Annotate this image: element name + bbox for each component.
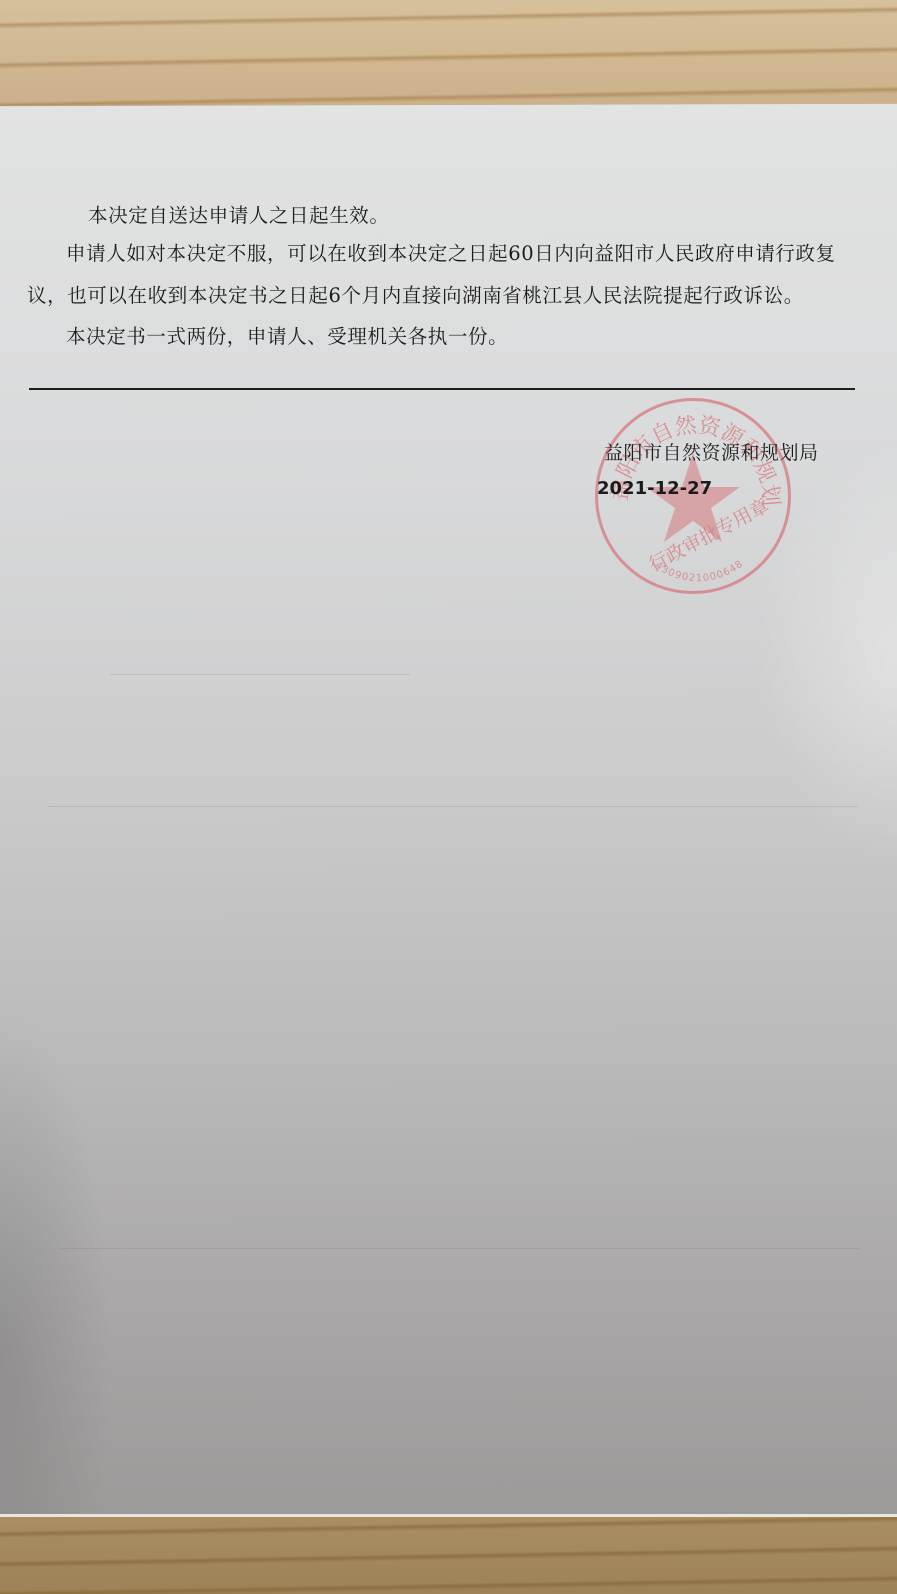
signature-date: 2021-12-27: [597, 478, 712, 499]
paragraph-appeal-line2: 议，也可以在收到本决定书之日起6个月内直接向湖南省桃江县人民法院提起行政诉讼。: [27, 286, 804, 306]
divider-line: [29, 388, 855, 390]
wood-table-top: [0, 0, 897, 110]
paragraph-effective: 本决定自送达申请人之日起生效。: [88, 206, 390, 226]
paragraph-copies: 本决定书一式两份，申请人、受理机关各执一份。: [66, 327, 508, 347]
paragraph-appeal-line1: 申请人如对本决定不服，可以在收到本决定之日起60日内向益阳市人民政府申请行政复: [66, 244, 836, 264]
show-through-line: [110, 674, 410, 675]
signature-organization: 益阳市自然资源和规划局: [604, 438, 819, 465]
paper-sheet: [0, 104, 897, 1519]
wood-table-bottom: [0, 1517, 897, 1594]
show-through-line: [60, 1248, 860, 1249]
show-through-line: [48, 806, 858, 807]
